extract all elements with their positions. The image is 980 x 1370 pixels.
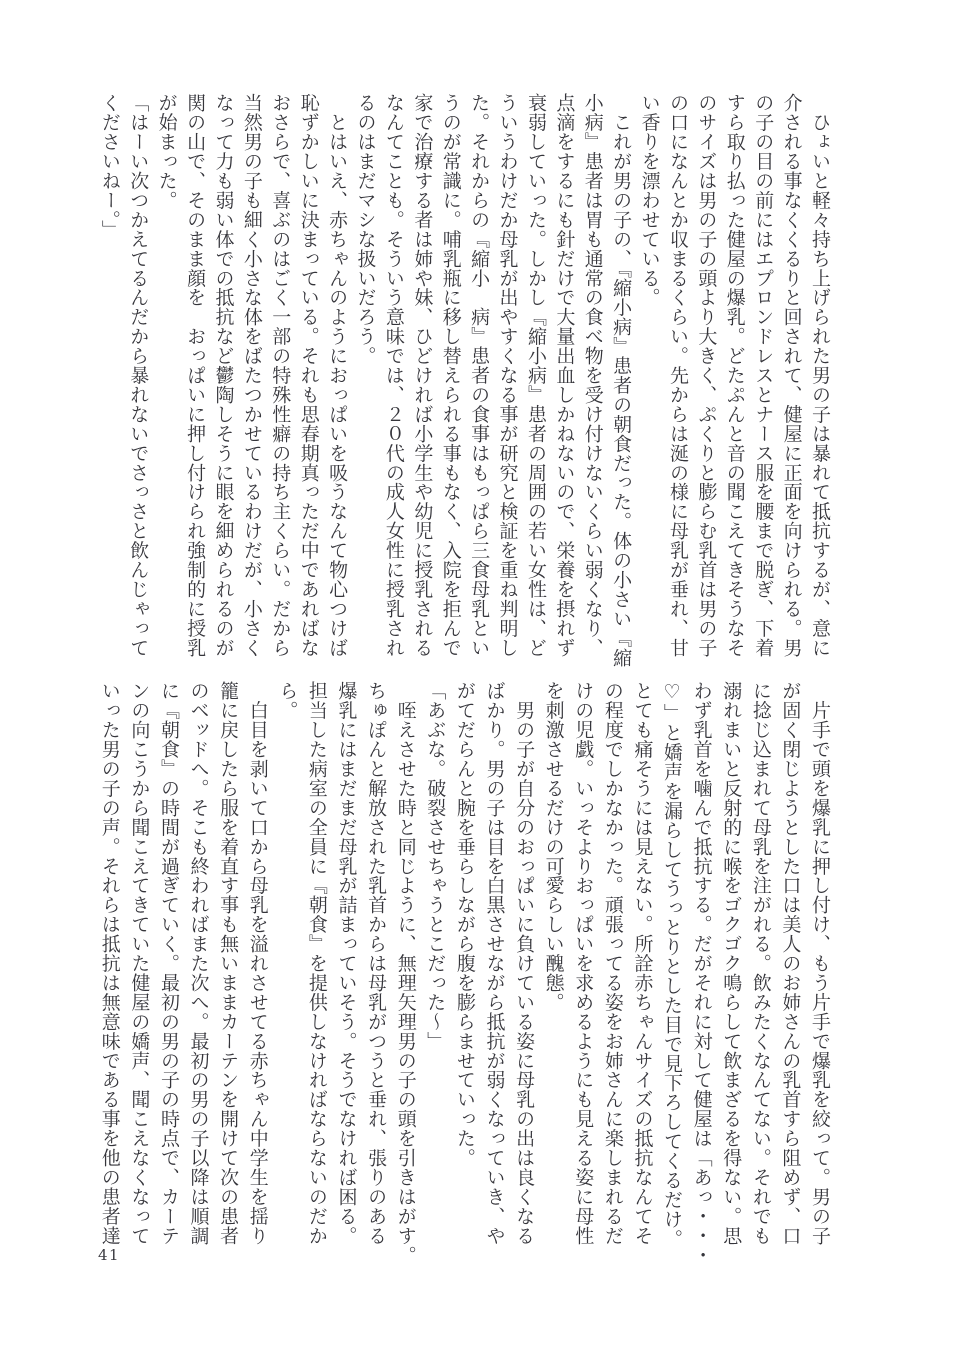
text-column: 籠に戻したら服を着直す事も無いままカーテンを開けて次の患者 <box>213 681 243 1285</box>
page-number: 41 <box>98 1246 120 1264</box>
text-column: の程度でしかなかった。頑張ってる姿をお姉さんに楽しまれるだ <box>597 681 627 1285</box>
text-column: うのが常識に。哺乳瓶に移し替えられる事もなく、入院を拒んで <box>436 93 464 697</box>
text-column: くださいねー。」 <box>95 93 123 697</box>
text-column: 衰弱していった。しかし『縮小病』患者の周囲の若い女性は、ど <box>522 93 550 697</box>
text-column: 白目を剥いて口から母乳を溢れさせてる赤ちゃん中学生を揺り <box>242 681 272 1285</box>
text-column: なんてことも。そういう意味では、２０代の成人女性に授乳され <box>380 93 408 697</box>
text-column: た。それからの『縮小 病』患者の食事はもっぱら三食母乳とい <box>465 93 493 697</box>
text-column: の子の目の前にはエプロンドレスとナース服を腰まで脱ぎ、下着 <box>749 93 777 697</box>
text-column: 片手で頭を爆乳に押し付け、もう片手で爆乳を絞って。男の子 <box>804 681 834 1285</box>
text-column: るのはまだマシな扱いだろう。 <box>351 93 379 697</box>
lower-text-block: 片手で頭を爆乳に押し付け、もう片手で爆乳を絞って。男の子が固く閉じようとした口は… <box>94 681 834 1285</box>
text-column: 点滴をするにも針だけで大量出血しかねないので、栄養を摂れず <box>550 93 578 697</box>
text-column: 家で治療する者は姉や妹、ひどければ小学生や幼児に授乳される <box>408 93 436 697</box>
text-column: ういうわけだか母乳が出やすくなる事が研究と検証を重ね判明し <box>493 93 521 697</box>
text-column: ンの向こうから聞こえてきていた健屋の嬌声、聞こえなくなって <box>124 681 154 1285</box>
text-column: 担当した病室の全員に『朝食』を提供しなければならないのだか <box>301 681 331 1285</box>
text-column: とても痛そうには見えない。所詮赤ちゃんサイズの抵抗なんてそ <box>627 681 657 1285</box>
text-column: のベッドへ。そこも終わればまた次へ。最初の男の子以降は順調 <box>183 681 213 1285</box>
text-column: すら取り払った健屋の爆乳。どたぷんと音の聞こえてきそうなそ <box>720 93 748 697</box>
text-column: 男の子が自分のおっぱいに負けている姿に母乳の出は良くなる <box>508 681 538 1285</box>
text-column: 「はーい次つかえてるんだから暴れないでさっさと飲んじゃって <box>124 93 152 697</box>
text-column: 小病』患者は胃も通常の食べ物を受け付けないくらい弱くなり、 <box>578 93 606 697</box>
text-column: ちゅぽんと解放された乳首からは母乳がつうと垂れ、張りのある <box>361 681 391 1285</box>
upper-text-block: ひょいと軽々持ち上げられた男の子は暴れて抵抗するが、意に介される事なくくるりと回… <box>95 93 834 697</box>
document-page: ひょいと軽々持ち上げられた男の子は暴れて抵抗するが、意に介される事なくくるりと回… <box>0 0 980 1370</box>
text-column: ひょいと軽々持ち上げられた男の子は暴れて抵抗するが、意に <box>806 93 834 697</box>
text-column: い香りを漂わせている。 <box>635 93 663 697</box>
text-column: に『朝食』の時間が過ぎていく。最初の男の子の時点で、カーテ <box>153 681 183 1285</box>
text-column: とはいえ、赤ちゃんのようにおっぱいを吸うなんて物心つけば <box>323 93 351 697</box>
text-column: 関の山で、そのまま顔を おっぱいに押し付けられ強制的に授乳 <box>181 93 209 697</box>
text-column: 介される事なくくるりと回されて、健屋に正面を向けられる。男 <box>777 93 805 697</box>
text-column: が始まった。 <box>152 93 180 697</box>
text-column: を刺激させるだけの可愛らしい醜態。 <box>538 681 568 1285</box>
text-column: に捻じ込まれて母乳を注がれる。飲みたくなんてない。それでも <box>745 681 775 1285</box>
text-column: 爆乳にはまだまだ母乳が詰まっていそう。そうでなければ困る。 <box>331 681 361 1285</box>
text-column: けの児戯。いっそよりおっぱいを求めるようにも見える姿に母性 <box>568 681 598 1285</box>
text-column: これが男の子の、『縮小病』患者の朝食だった。体の小さい『縮 <box>607 93 635 697</box>
text-column: のサイズは男の子の頭より大きく、ぷくりと膨らむ乳首は男の子 <box>692 93 720 697</box>
text-column: の口になんとか収まるくらい。先からは涎の様に母乳が垂れ、甘 <box>664 93 692 697</box>
text-column: ばかり。男の子は目を白黒させながら抵抗が弱くなっていき、や <box>479 681 509 1285</box>
text-column: わず乳首を噛んで抵抗する。だがそれに対して健屋は「あっ・・・ <box>686 681 716 1285</box>
text-column: いった男の子の声。それらは抵抗は無意味である事を他の患者達 <box>94 681 124 1285</box>
text-column: なって力も弱い体での抵抗など鬱陶しそうに眼を細められるのが <box>209 93 237 697</box>
text-column: が固く閉じようとした口は美人のお姉さんの乳首すら阻めず、口 <box>775 681 805 1285</box>
text-column: おさらで、喜ぶのはごく一部の特殊性癖の持ち主くらい。だから <box>266 93 294 697</box>
text-column: 咥えさせた時と同じように、無理矢理男の子の頭を引きはがす。 <box>390 681 420 1285</box>
text-column: ら。 <box>272 681 302 1285</box>
text-column: 恥ずかしいに決まっている。それも思春期真っただ中であればな <box>294 93 322 697</box>
text-column: 溺れまいと反射的に喉をゴクゴク鳴らして飲まざるを得ない。思 <box>716 681 746 1285</box>
text-column: ♡」と嬌声を漏らしてうっとりとした目で見下ろしてくるだけ。 <box>656 681 686 1285</box>
text-column: 当然男の子も細く小さな体をばたつかせているわけだが、小さく <box>237 93 265 697</box>
text-column: 「あぶな。破裂させちゃうとこだった～」 <box>420 681 450 1285</box>
text-column: がてだらんと腕を垂らしながら腹を膨らませていった。 <box>449 681 479 1285</box>
